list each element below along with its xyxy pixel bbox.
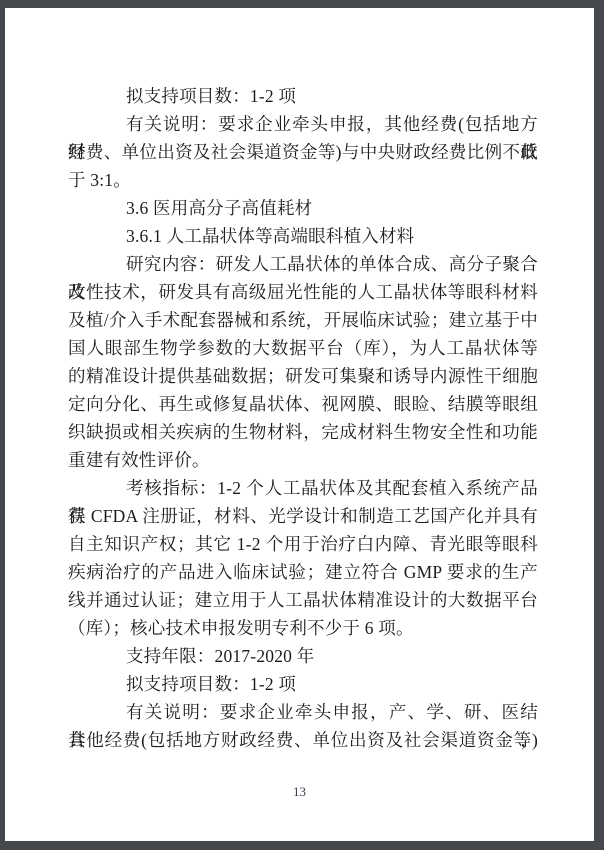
text-line: 定向分化、再生或修复晶状体、视网膜、眼睑、结膜等眼组 bbox=[68, 390, 538, 418]
text-line: 3.6 医用高分子高值耗材 bbox=[68, 194, 538, 222]
scan-frame-background: 拟支持项目数：1-2 项有关说明：要求企业牵头申报，其他经费(包括地方财政经费、… bbox=[0, 0, 604, 850]
text-line: 有关说明：要求企业牵头申报，其他经费(包括地方财政 bbox=[68, 110, 538, 138]
text-line: （库）；核心技术申报发明专利不少于 6 项。 bbox=[68, 614, 538, 642]
document-page: 拟支持项目数：1-2 项有关说明：要求企业牵头申报，其他经费(包括地方财政经费、… bbox=[5, 8, 594, 841]
text-line: 得 CFDA 注册证，材料、光学设计和制造工艺国产化并具有 bbox=[68, 502, 538, 530]
text-line: 支持年限：2017-2020 年 bbox=[68, 642, 538, 670]
text-line: 其他经费(包括地方财政经费、单位出资及社会渠道资金等) bbox=[68, 726, 538, 754]
text-line: 改性技术，研发具有高级屈光性能的人工晶状体等眼科材料 bbox=[68, 278, 538, 306]
text-line: 于 3:1。 bbox=[68, 166, 538, 194]
text-line: 自主知识产权；其它 1-2 个用于治疗白内障、青光眼等眼科 bbox=[68, 530, 538, 558]
page-number: 13 bbox=[5, 784, 594, 800]
text-line: 研究内容：研发人工晶状体的单体合成、高分子聚合及 bbox=[68, 250, 538, 278]
text-line: 经费、单位出资及社会渠道资金等)与中央财政经费比例不低 bbox=[68, 138, 538, 166]
document-body: 拟支持项目数：1-2 项有关说明：要求企业牵头申报，其他经费(包括地方财政经费、… bbox=[68, 82, 538, 754]
text-line: 考核指标：1-2 个人工晶状体及其配套植入系统产品获 bbox=[68, 474, 538, 502]
text-line: 疾病治疗的产品进入临床试验；建立符合 GMP 要求的生产 bbox=[68, 558, 538, 586]
text-line: 拟支持项目数：1-2 项 bbox=[68, 82, 538, 110]
text-line: 3.6.1 人工晶状体等高端眼科植入材料 bbox=[68, 222, 538, 250]
text-line: 的精准设计提供基础数据；研发可集聚和诱导内源性干细胞 bbox=[68, 362, 538, 390]
text-line: 重建有效性评价。 bbox=[68, 446, 538, 474]
text-line: 线并通过认证；建立用于人工晶状体精准设计的大数据平台 bbox=[68, 586, 538, 614]
text-line: 有关说明：要求企业牵头申报，产、学、研、医结合， bbox=[68, 698, 538, 726]
text-line: 织缺损或相关疾病的生物材料，完成材料生物安全性和功能 bbox=[68, 418, 538, 446]
text-line: 及植/介入手术配套器械和系统，开展临床试验；建立基于中 bbox=[68, 306, 538, 334]
text-line: 拟支持项目数：1-2 项 bbox=[68, 670, 538, 698]
text-line: 国人眼部生物学参数的大数据平台（库），为人工晶状体等 bbox=[68, 334, 538, 362]
